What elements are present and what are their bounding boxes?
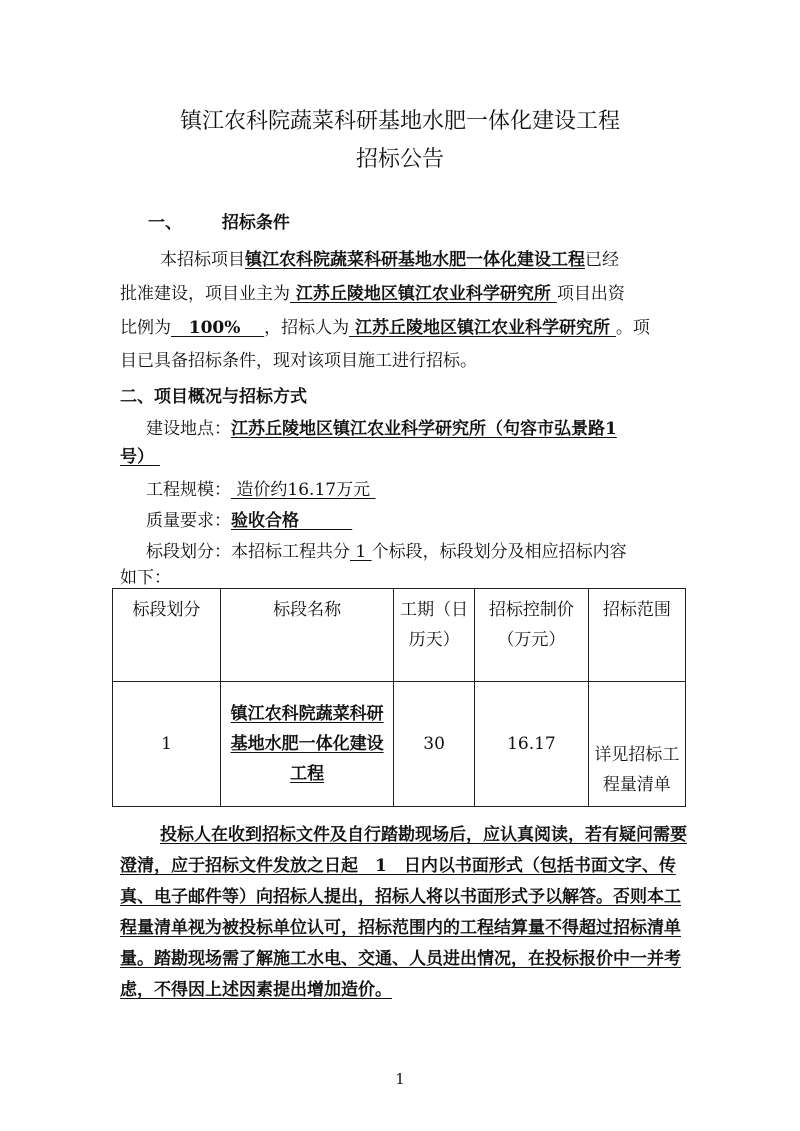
section1-number: 一、 bbox=[148, 213, 182, 233]
table-header-row: 标段划分 标段名称 工期（日历天） 招标控制价（万元） 招标范围 bbox=[113, 589, 686, 682]
header-period: 工期（日历天） bbox=[394, 589, 475, 682]
section2-heading: 二、项目概况与招标方式 bbox=[120, 382, 307, 407]
cell-name: 镇江农科院蔬菜科研基地水肥一体化建设工程 bbox=[221, 682, 394, 807]
location-line2: 号） bbox=[120, 441, 160, 473]
owner-name: 江苏丘陵地区镇江农业科学研究所 bbox=[290, 284, 557, 304]
table-row: 1 镇江农科院蔬菜科研基地水肥一体化建设工程 30 16.17 详见招标工程量清… bbox=[113, 682, 686, 807]
section1-line3: 比例为 100% ，招标人为 江苏丘陵地区镇江农业科学研究所 。项 bbox=[120, 312, 650, 344]
section1-title: 招标条件 bbox=[222, 213, 290, 233]
section1-line2: 批准建设，项目业主为 江苏丘陵地区镇江农业科学研究所 项目出资 bbox=[120, 278, 625, 310]
bid-section-table: 标段划分 标段名称 工期（日历天） 招标控制价（万元） 招标范围 1 镇江农科院… bbox=[112, 588, 686, 807]
page-number: 1 bbox=[0, 1070, 800, 1088]
scale-label: 工程规模： bbox=[146, 480, 231, 500]
division-label: 标段划分： bbox=[146, 542, 231, 562]
section1-line1: 本招标项目镇江农科院蔬菜科研基地水肥一体化建设工程已经 bbox=[160, 244, 619, 276]
project-name: 镇江农科院蔬菜科研基地水肥一体化建设工程 bbox=[245, 250, 585, 270]
document-subtitle: 招标公告 bbox=[0, 142, 800, 173]
bidder-notice: 投标人在收到招标文件及自行踏勘现场后，应认真阅读，若有疑问需要澄清，应于招标文件… bbox=[120, 820, 690, 1006]
cell-price: 16.17 bbox=[475, 682, 589, 807]
document-title: 镇江农科院蔬菜科研基地水肥一体化建设工程 bbox=[0, 104, 800, 135]
location-value: 江苏丘陵地区镇江农业科学研究所（句容市弘景路1 bbox=[231, 419, 617, 439]
header-section: 标段划分 bbox=[113, 589, 221, 682]
header-name: 标段名称 bbox=[221, 589, 394, 682]
division-line: 标段划分：本招标工程共分 1 个标段，标段划分及相应招标内容 bbox=[146, 536, 627, 568]
header-price: 招标控制价（万元） bbox=[475, 589, 589, 682]
cell-period: 30 bbox=[394, 682, 475, 807]
scale-value: 造价约16.17万元 bbox=[231, 480, 375, 500]
header-scope: 招标范围 bbox=[588, 589, 685, 682]
division-count: 1 bbox=[350, 542, 372, 562]
cell-scope: 详见招标工程量清单 bbox=[588, 682, 685, 807]
section1-line4: 目已具备招标条件，现对该项目施工进行招标。 bbox=[120, 345, 477, 377]
location-label: 建设地点： bbox=[146, 419, 231, 439]
funding-ratio: 100% bbox=[171, 318, 264, 338]
cell-section: 1 bbox=[113, 682, 221, 807]
quality-label: 质量要求： bbox=[146, 511, 231, 531]
tenderer-name: 江苏丘陵地区镇江农业科学研究所 bbox=[349, 318, 616, 338]
quality-line: 质量要求：验收合格 bbox=[146, 505, 352, 537]
scale-line: 工程规模： 造价约16.17万元 bbox=[146, 474, 375, 506]
quality-value: 验收合格 bbox=[231, 511, 352, 531]
location-line: 建设地点：江苏丘陵地区镇江农业科学研究所（句容市弘景路1 bbox=[146, 413, 617, 445]
section1-heading: 一、 招标条件 bbox=[148, 208, 290, 233]
document-page: 镇江农科院蔬菜科研基地水肥一体化建设工程 招标公告 一、 招标条件 本招标项目镇… bbox=[0, 0, 800, 1131]
